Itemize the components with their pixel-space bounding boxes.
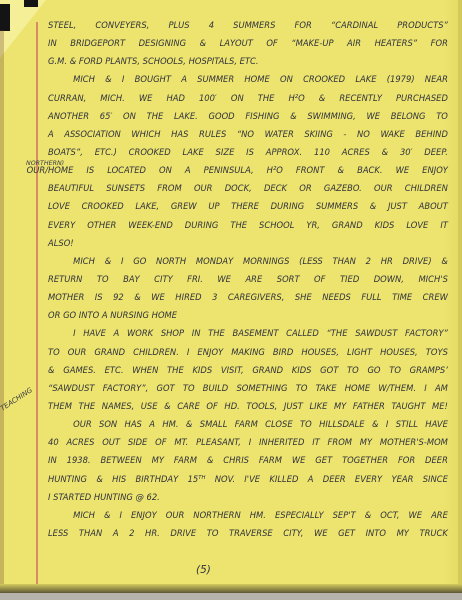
handwritten-line: CURRAN, MICH. WE HAD 100′ ON THE H²O & R… <box>48 90 448 108</box>
handwritten-line: EVERY OTHER WEEK-END DURING THE SCHOOL Y… <box>48 217 448 235</box>
handwritten-line: ANOTHER 65′ ON THE LAKE. GOOD FISHING & … <box>48 108 448 126</box>
handwritten-line: I HAVE A WORK SHOP IN THE BASEMENT CALLE… <box>48 325 448 343</box>
handwritten-line: STEEL, CONVEYERS, PLUS 4 SUMMERS FOR “CA… <box>48 17 448 35</box>
handwritten-line: MICH & I ENJOY OUR NORTHERN HM. ESPECIAL… <box>48 507 448 525</box>
handwritten-line: & GAMES. ETC. WHEN THE KIDS VISIT, GRAND… <box>48 362 448 380</box>
handwritten-line: 40 ACRES OUT SIDE OF MT. PLEASANT, I INH… <box>48 434 448 452</box>
scan-artifact-notch <box>24 0 38 7</box>
handwritten-letter-body: STEEL, CONVEYERS, PLUS 4 SUMMERS FOR “CA… <box>48 17 448 543</box>
scanned-letter-page: STEEL, CONVEYERS, PLUS 4 SUMMERS FOR “CA… <box>0 0 462 600</box>
handwritten-line: HUNTING & HIS BIRTHDAY 15ᵀᴴ NOV. I'VE KI… <box>48 471 448 489</box>
handwritten-line: LESS THAN A 2 HR. DRIVE TO TRAVERSE CITY… <box>48 525 448 543</box>
handwritten-line: MICH & I GO NORTH MONDAY MORNINGS (LESS … <box>48 253 448 271</box>
handwritten-line: G.M. & FORD PLANTS, SCHOOLS, HOSPITALS, … <box>48 53 448 71</box>
handwritten-line: OUR SON HAS A HM. & SMALL FARM CLOSE TO … <box>48 416 448 434</box>
handwritten-line: IN BRIDGEPORT DESIGNING & LAYOUT OF “MAK… <box>48 35 448 53</box>
handwritten-line: MOTHER IS 92 & WE HIRED 3 CAREGIVERS, SH… <box>48 289 448 307</box>
handwritten-line: IN 1938. BETWEEN MY FARM & CHRIS FARM WE… <box>48 452 448 470</box>
handwritten-line: I STARTED HUNTING @ 62. <box>48 489 448 507</box>
handwritten-line: TO OUR GRAND CHILDREN. I ENJOY MAKING BI… <box>48 344 448 362</box>
inserted-word-northern: NORTHERN) <box>26 160 64 167</box>
left-edge-shadow <box>0 30 4 586</box>
handwritten-line: RETURN TO BAY CITY FRI. WE ARE SORT OF T… <box>48 271 448 289</box>
handwritten-line: ALSO! <box>48 235 448 253</box>
handwritten-line: BEAUTIFUL SUNSETS FROM OUR DOCK, DECK OR… <box>48 180 448 198</box>
notepad-margin-line <box>36 22 38 586</box>
scan-artifact-corner <box>0 4 10 31</box>
handwritten-line: BOATS”, ETC.) CROOKED LAKE SIZE IS APPRO… <box>48 144 448 162</box>
handwritten-line: “SAWDUST FACTORY”, GOT TO BUILD SOMETHIN… <box>48 380 448 398</box>
handwritten-line: A ASSOCIATION WHICH HAS RULES “NO WATER … <box>48 126 448 144</box>
page-number: (5) <box>196 564 211 576</box>
handwritten-line: THEM THE NAMES, USE & CARE OF HD. TOOLS,… <box>48 398 448 416</box>
handwritten-line: OUR/HOME IS LOCATED ON A PENINSULA, H²O … <box>27 162 448 180</box>
page-bottom-edge <box>0 584 462 593</box>
handwritten-line: OR GO INTO A NURSING HOME <box>48 307 448 325</box>
right-edge-shadow <box>458 0 462 592</box>
handwritten-line: MICH & I BOUGHT A SUMMER HOME ON CROOKED… <box>48 71 448 89</box>
handwritten-line: LOVE CROOKED LAKE, GREW UP THERE DURING … <box>48 198 448 216</box>
